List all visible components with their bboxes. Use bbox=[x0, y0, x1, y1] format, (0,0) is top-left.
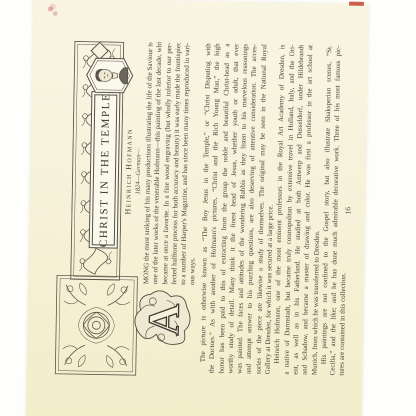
drop-cap-letter: A bbox=[139, 303, 189, 336]
book-page: CHRIST IN THE TEMPLE Heinrich Hofmann 18… bbox=[26, 0, 369, 416]
page-content: CHRIST IN THE TEMPLE Heinrich Hofmann 18… bbox=[26, 0, 369, 416]
title-banner: CHRIST IN THE TEMPLE bbox=[89, 91, 121, 248]
artist-name: Heinrich Hofmann bbox=[123, 94, 135, 249]
paragraph-2: The picture is otherwise known as “The B… bbox=[199, 43, 279, 374]
ornate-drop-cap-icon: A bbox=[132, 290, 191, 349]
page-title: CHRIST IN THE TEMPLE bbox=[97, 93, 112, 248]
paragraph-3: Heinrich Hofmann, one of the most eminen… bbox=[273, 44, 325, 375]
floral-corner-ornament-icon bbox=[54, 275, 138, 376]
artist-dates: 1824—German— bbox=[134, 94, 144, 249]
paragraph-1: MONG the most striking of his many produ… bbox=[142, 42, 202, 285]
pink-smudge-mark bbox=[44, 3, 60, 18]
scan-background: CHRIST IN THE TEMPLE Heinrich Hofmann 18… bbox=[0, 0, 416, 416]
portrait-medallion-icon bbox=[85, 55, 134, 96]
